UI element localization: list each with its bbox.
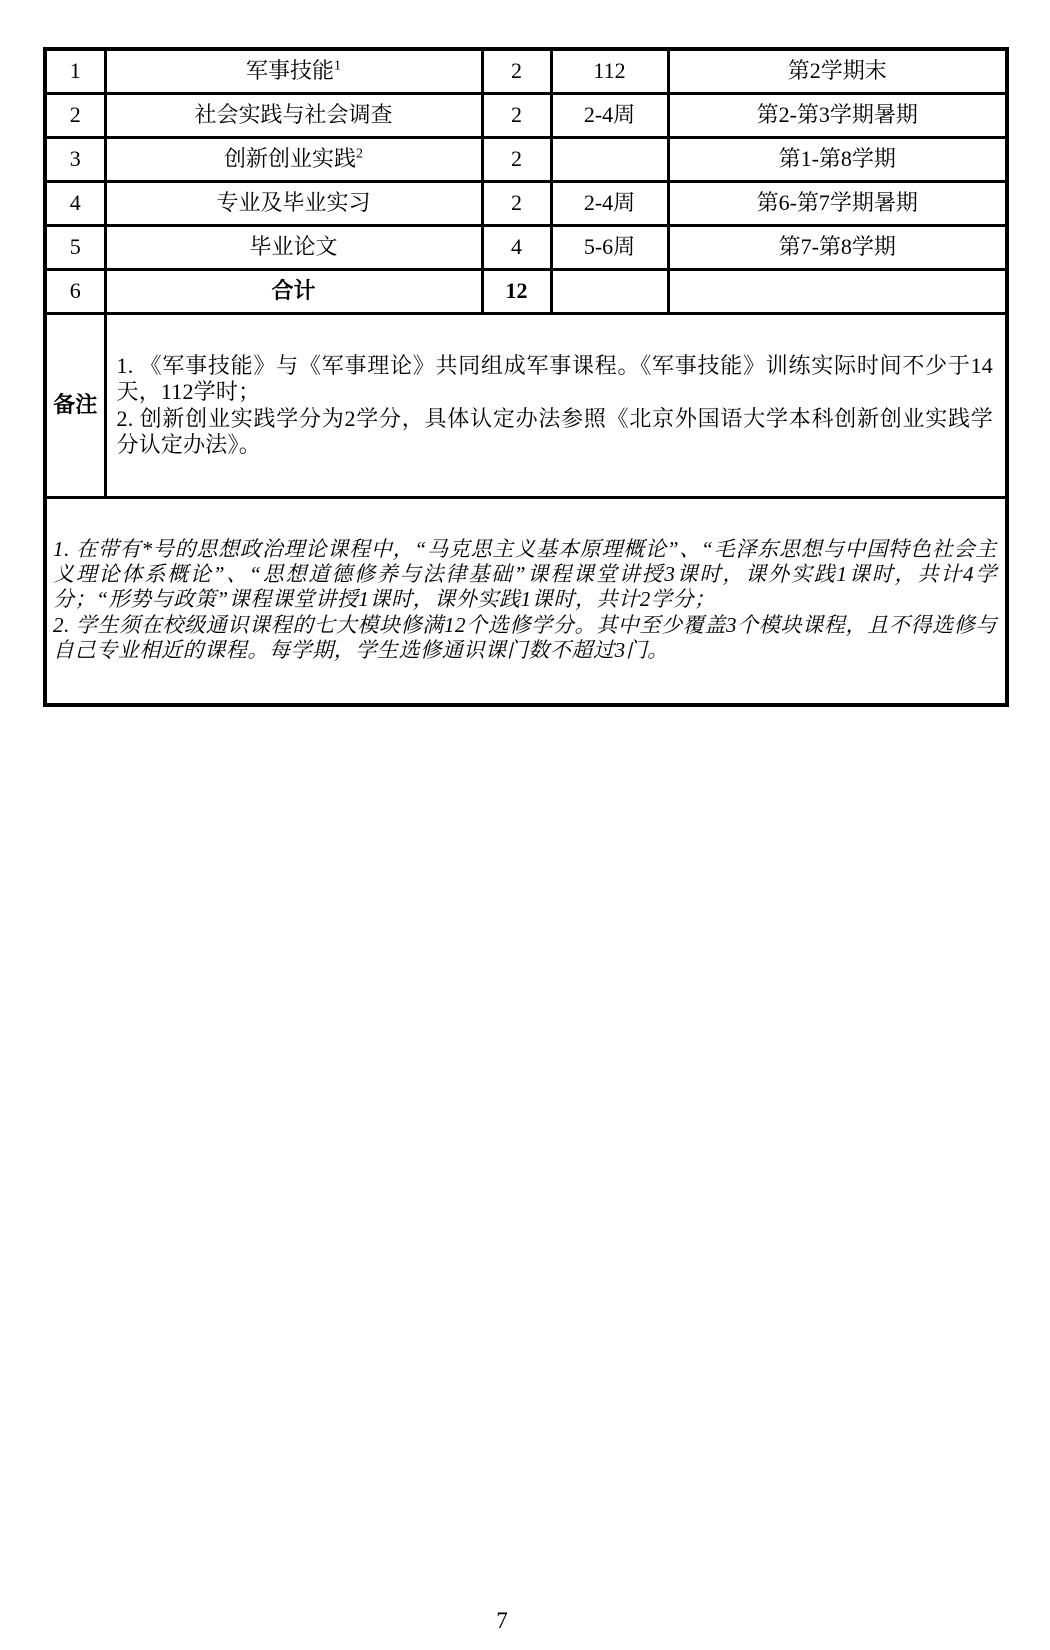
notes-cell: 1. 在带有*号的思想政治理论课程中，“马克思主义基本原理概论”、“毛泽东思想与… [45,498,1007,706]
row-index-cell: 4 [45,182,105,226]
credits-cell: 2 [482,138,551,182]
course-name-cell: 社会实践与社会调查 [105,94,482,138]
remark-label-cell: 备注 [45,314,105,498]
notes-row: 1. 在带有*号的思想政治理论课程中，“马克思主义基本原理概论”、“毛泽东思想与… [45,498,1007,706]
footnote-ref: 1 [334,59,341,74]
hours-cell: 112 [551,49,668,94]
total-label: 合计 [271,278,315,303]
term-cell: 第2-第3学期暑期 [668,94,1007,138]
total-label-cell: 合计 [105,270,482,314]
document-page: 1 军事技能1 2 112 第2学期末 2 社会实践与社会调查 2 2-4周 第… [0,0,1050,1650]
remark-paragraph: 1. 《军事技能》与《军事理论》共同组成军事课程。《军事技能》训练实际时间不少于… [117,353,994,406]
footnote-ref: 2 [356,147,363,162]
course-name: 军事技能 [246,58,334,83]
curriculum-table: 1 军事技能1 2 112 第2学期末 2 社会实践与社会调查 2 2-4周 第… [43,47,1009,707]
page-number: 7 [470,1608,534,1634]
course-name-cell: 军事技能1 [105,49,482,94]
row-index-cell: 6 [45,270,105,314]
course-name-cell: 毕业论文 [105,226,482,270]
remark-row: 备注 1. 《军事技能》与《军事理论》共同组成军事课程。《军事技能》训练实际时间… [45,314,1007,498]
table-row: 1 军事技能1 2 112 第2学期末 [45,49,1007,94]
row-index-cell: 1 [45,49,105,94]
remark-paragraph: 2. 创新创业实践学分为2学分，具体认定办法参照《北京外国语大学本科创新创业实践… [117,406,994,459]
credits-cell: 2 [482,49,551,94]
term-cell: 第6-第7学期暑期 [668,182,1007,226]
credits-cell: 2 [482,182,551,226]
credits-cell: 4 [482,226,551,270]
course-name-cell: 创新创业实践2 [105,138,482,182]
table-row: 3 创新创业实践2 2 第1-第8学期 [45,138,1007,182]
note-paragraph: 1. 在带有*号的思想政治理论课程中，“马克思主义基本原理概论”、“毛泽东思想与… [53,537,997,613]
table-row: 2 社会实践与社会调查 2 2-4周 第2-第3学期暑期 [45,94,1007,138]
table-row-total: 6 合计 12 [45,270,1007,314]
term-cell [668,270,1007,314]
credits-cell: 2 [482,94,551,138]
course-name: 社会实践与社会调查 [194,102,392,127]
term-cell: 第1-第8学期 [668,138,1007,182]
note-paragraph: 2. 学生须在校级通识课程的七大模块修满12个选修学分。其中至少覆盖3个模块课程… [53,613,997,663]
row-index-cell: 2 [45,94,105,138]
course-name-cell: 专业及毕业实习 [105,182,482,226]
table-row: 4 专业及毕业实习 2 2-4周 第6-第7学期暑期 [45,182,1007,226]
hours-cell: 2-4周 [551,94,668,138]
course-name: 毕业论文 [249,234,337,259]
hours-cell: 2-4周 [551,182,668,226]
row-index-cell: 5 [45,226,105,270]
remark-content-cell: 1. 《军事技能》与《军事理论》共同组成军事课程。《军事技能》训练实际时间不少于… [105,314,1007,498]
hours-cell [551,270,668,314]
course-name: 专业及毕业实习 [216,190,370,215]
total-credits-cell: 12 [482,270,551,314]
table-row: 5 毕业论文 4 5-6周 第7-第8学期 [45,226,1007,270]
hours-cell: 5-6周 [551,226,668,270]
hours-cell [551,138,668,182]
term-cell: 第2学期末 [668,49,1007,94]
row-index-cell: 3 [45,138,105,182]
term-cell: 第7-第8学期 [668,226,1007,270]
course-name: 创新创业实践 [224,146,356,171]
